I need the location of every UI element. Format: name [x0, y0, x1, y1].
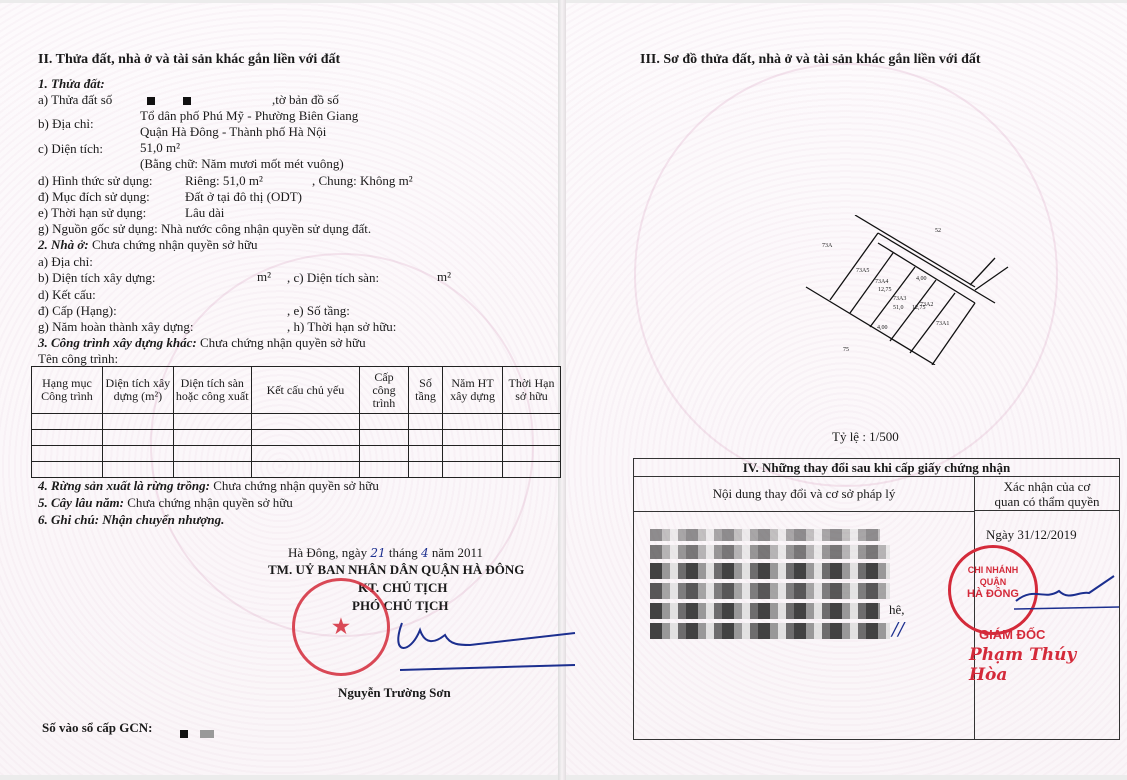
column-header: Diện tích xây dựng (m²) — [102, 367, 173, 414]
column-header: Năm HT xây dựng — [443, 367, 503, 414]
table-row — [32, 414, 561, 430]
table-row — [32, 430, 561, 446]
house-completion-year: g) Năm hoàn thành xây dựng: — [38, 319, 193, 334]
other-works-table: Hạng mục Công trìnhDiện tích xây dựng (m… — [31, 366, 561, 478]
house-built-area: b) Diện tích xây dựng: — [38, 270, 156, 285]
redacted-change-content — [650, 563, 890, 579]
table-cell — [102, 446, 173, 462]
usage-form-value: Riêng: 51,0 m² — [185, 173, 263, 188]
forest-heading: 4. Rừng sản xuất là rừng trồng: — [38, 478, 210, 493]
changes-col-content: Nội dung thay đổi và cơ sở pháp lý — [634, 477, 974, 512]
origin-text: g) Nguồn gốc sử dụng: Nhà nước công nhận… — [38, 221, 371, 236]
table-cell — [408, 414, 442, 430]
table-cell — [251, 462, 359, 478]
column-header: Cấp công trình — [360, 367, 409, 414]
table-cell — [251, 430, 359, 446]
table-cell — [408, 430, 442, 446]
house-heading: 2. Nhà ở: — [38, 237, 89, 252]
table-cell — [32, 462, 103, 478]
redacted-change-content — [650, 545, 890, 559]
plot-label: 12,75 — [878, 287, 892, 294]
usage-form-label: d) Hình thức sử dụng: — [38, 173, 152, 188]
table-cell — [443, 430, 503, 446]
forest-status: Chưa chứng nhận quyền sở hữu — [210, 478, 379, 493]
signer-name: Nguyễn Trường Sơn — [338, 685, 451, 700]
redacted-change-content — [650, 603, 880, 619]
table-cell — [32, 430, 103, 446]
table-cell — [443, 462, 503, 478]
address-label: b) Địa chỉ: — [38, 116, 94, 131]
redacted-change-content — [650, 583, 890, 599]
change-content-tail: hê, — [889, 602, 905, 617]
changes-col-confirm: Xác nhận của cơ quan có thẩm quyền — [975, 477, 1119, 511]
table-cell — [408, 446, 442, 462]
table-cell — [251, 414, 359, 430]
director-signature — [1014, 571, 1119, 611]
land-heading: 1. Thửa đất: — [38, 76, 105, 91]
sign-month-label: tháng — [389, 545, 418, 560]
plot-label: 73A — [822, 243, 832, 250]
plot-label: 73A1 — [936, 321, 949, 328]
confirm-date: Ngày 31/12/2019 — [986, 527, 1077, 542]
other-works-heading: 3. Công trình xây dựng khác: — [38, 335, 197, 350]
parcel-label: a) Thửa đất số — [38, 92, 112, 107]
table-cell — [443, 446, 503, 462]
land-parcel-row: a) Thửa đất số — [38, 92, 191, 107]
table-cell — [360, 462, 409, 478]
scale-text: Tỷ lệ : 1/500 — [832, 429, 899, 444]
house-built-area-unit: m² — [257, 269, 271, 284]
term-label: e) Thời hạn sử dụng: — [38, 205, 146, 220]
director-title: GIÁM ĐỐC — [979, 627, 1045, 642]
works-name-label: Tên công trình: — [38, 351, 118, 366]
signature-stroke — [380, 615, 580, 675]
table-cell — [102, 414, 173, 430]
table-row — [32, 446, 561, 462]
redacted-change-content — [650, 529, 880, 541]
redacted-registry-number — [180, 725, 214, 743]
table-row — [32, 462, 561, 478]
column-header: Diện tích sàn hoặc công xuất — [173, 367, 251, 414]
house-status: Chưa chứng nhận quyền sở hữu — [89, 237, 258, 252]
table-cell — [502, 446, 560, 462]
sign-month: 4 — [421, 546, 429, 560]
table-cell — [502, 462, 560, 478]
registry-label: Số vào sổ cấp GCN: — [42, 720, 153, 735]
other-works-status: Chưa chứng nhận quyền sở hữu — [197, 335, 366, 350]
table-cell — [173, 446, 251, 462]
table-cell — [502, 430, 560, 446]
table-cell — [173, 430, 251, 446]
table-cell — [173, 414, 251, 430]
sign-organization: TM. UỶ BAN NHÂN DÂN QUẬN HÀ ĐÔNG — [268, 562, 524, 577]
plot-label: 75 — [843, 347, 849, 354]
plot-label: 51,0 — [893, 305, 904, 312]
confirm-header-line-1: Xác nhận của cơ — [975, 479, 1119, 494]
sign-day: 21 — [370, 546, 385, 560]
plot-label: 4,00 — [916, 276, 927, 283]
area-value: 51,0 m² — [140, 140, 180, 155]
purpose-value: Đất ở tại đô thị (ODT) — [185, 189, 302, 204]
table-cell — [173, 462, 251, 478]
plot-label: 12,75 — [912, 305, 926, 312]
column-header: Số tầng — [408, 367, 442, 414]
director-name: Phạm Thúy Hòa — [969, 645, 1119, 685]
forest-row: 4. Rừng sản xuất là rừng trồng: Chưa chứ… — [38, 478, 379, 493]
address-line-1: Tổ dân phố Phú Mỹ - Phường Biên Giang — [140, 108, 358, 123]
perennial-status: Chưa chứng nhận quyền sở hữu — [124, 495, 293, 510]
table-cell — [102, 430, 173, 446]
section-3-title: III. Sơ đồ thửa đất, nhà ở và tài sản kh… — [640, 52, 981, 67]
plot-label: 4,00 — [877, 325, 888, 332]
confirm-header-line-2: quan có thẩm quyền — [975, 494, 1119, 509]
sign-year: năm 2011 — [432, 545, 483, 560]
perennial-heading: 5. Cây lâu năm: — [38, 495, 124, 510]
redacted-parcel-number — [183, 97, 191, 105]
house-grade: đ) Cấp (Hạng): — [38, 303, 117, 318]
sign-place: Hà Đông, ngày — [288, 545, 367, 560]
house-row: 2. Nhà ở: Chưa chứng nhận quyền sở hữu — [38, 237, 258, 252]
plot-label: 52 — [935, 228, 941, 235]
star-icon: ★ — [295, 581, 387, 673]
table-cell — [360, 446, 409, 462]
table-cell — [360, 430, 409, 446]
column-header: Thời Hạn sở hữu — [502, 367, 560, 414]
redacted-parcel-number — [147, 97, 155, 105]
area-in-words: (Bằng chữ: Năm mươi mốt mét vuông) — [140, 156, 344, 171]
house-ownership-term: , h) Thời hạn sở hữu: — [287, 319, 396, 334]
section-4-title: IV. Những thay đổi sau khi cấp giấy chứn… — [634, 459, 1119, 477]
column-header: Hạng mục Công trình — [32, 367, 103, 414]
address-line-2: Quận Hà Đông - Thành phố Hà Nội — [140, 124, 326, 139]
map-sheet-label: ,tờ bản đồ số — [272, 92, 339, 107]
usage-form-common: , Chung: Không m² — [312, 173, 413, 188]
sign-date: Hà Đông, ngày 21 tháng 4 năm 2011 — [288, 545, 483, 561]
table-cell — [360, 414, 409, 430]
official-seal-stamp: ★ — [292, 578, 390, 676]
note-text: 6. Ghi chú: Nhận chuyển nhượng. — [38, 512, 224, 527]
table-cell — [251, 446, 359, 462]
term-value: Lâu dài — [185, 205, 224, 220]
redacted-change-content — [650, 623, 890, 639]
table-cell — [443, 414, 503, 430]
plot-label: 73A5 — [856, 268, 869, 275]
house-floors: , e) Số tầng: — [287, 303, 350, 318]
land-plot-diagram — [800, 215, 1020, 365]
plot-label: 73A3 — [893, 296, 906, 303]
perennial-row: 5. Cây lâu năm: Chưa chứng nhận quyền sở… — [38, 495, 293, 510]
column-header: Kết cấu chủ yếu — [251, 367, 359, 414]
table-cell — [408, 462, 442, 478]
table-cell — [32, 414, 103, 430]
table-cell — [102, 462, 173, 478]
area-label: c) Diện tích: — [38, 141, 103, 156]
purpose-label: đ) Mục đích sử dụng: — [38, 189, 150, 204]
house-floor-area: , c) Diện tích sàn: — [287, 270, 379, 285]
house-address: a) Địa chỉ: — [38, 254, 93, 269]
change-initials: // — [892, 619, 904, 640]
plot-label: 73A4 — [875, 279, 888, 286]
house-floor-area-unit: m² — [437, 269, 451, 284]
house-structure: d) Kết cấu: — [38, 287, 96, 302]
table-cell — [502, 414, 560, 430]
other-works-row: 3. Công trình xây dựng khác: Chưa chứng … — [38, 335, 366, 350]
section-2-title: II. Thửa đất, nhà ở và tài sản khác gắn … — [38, 52, 340, 67]
changes-table: IV. Những thay đổi sau khi cấp giấy chứn… — [633, 458, 1120, 740]
table-cell — [32, 446, 103, 462]
